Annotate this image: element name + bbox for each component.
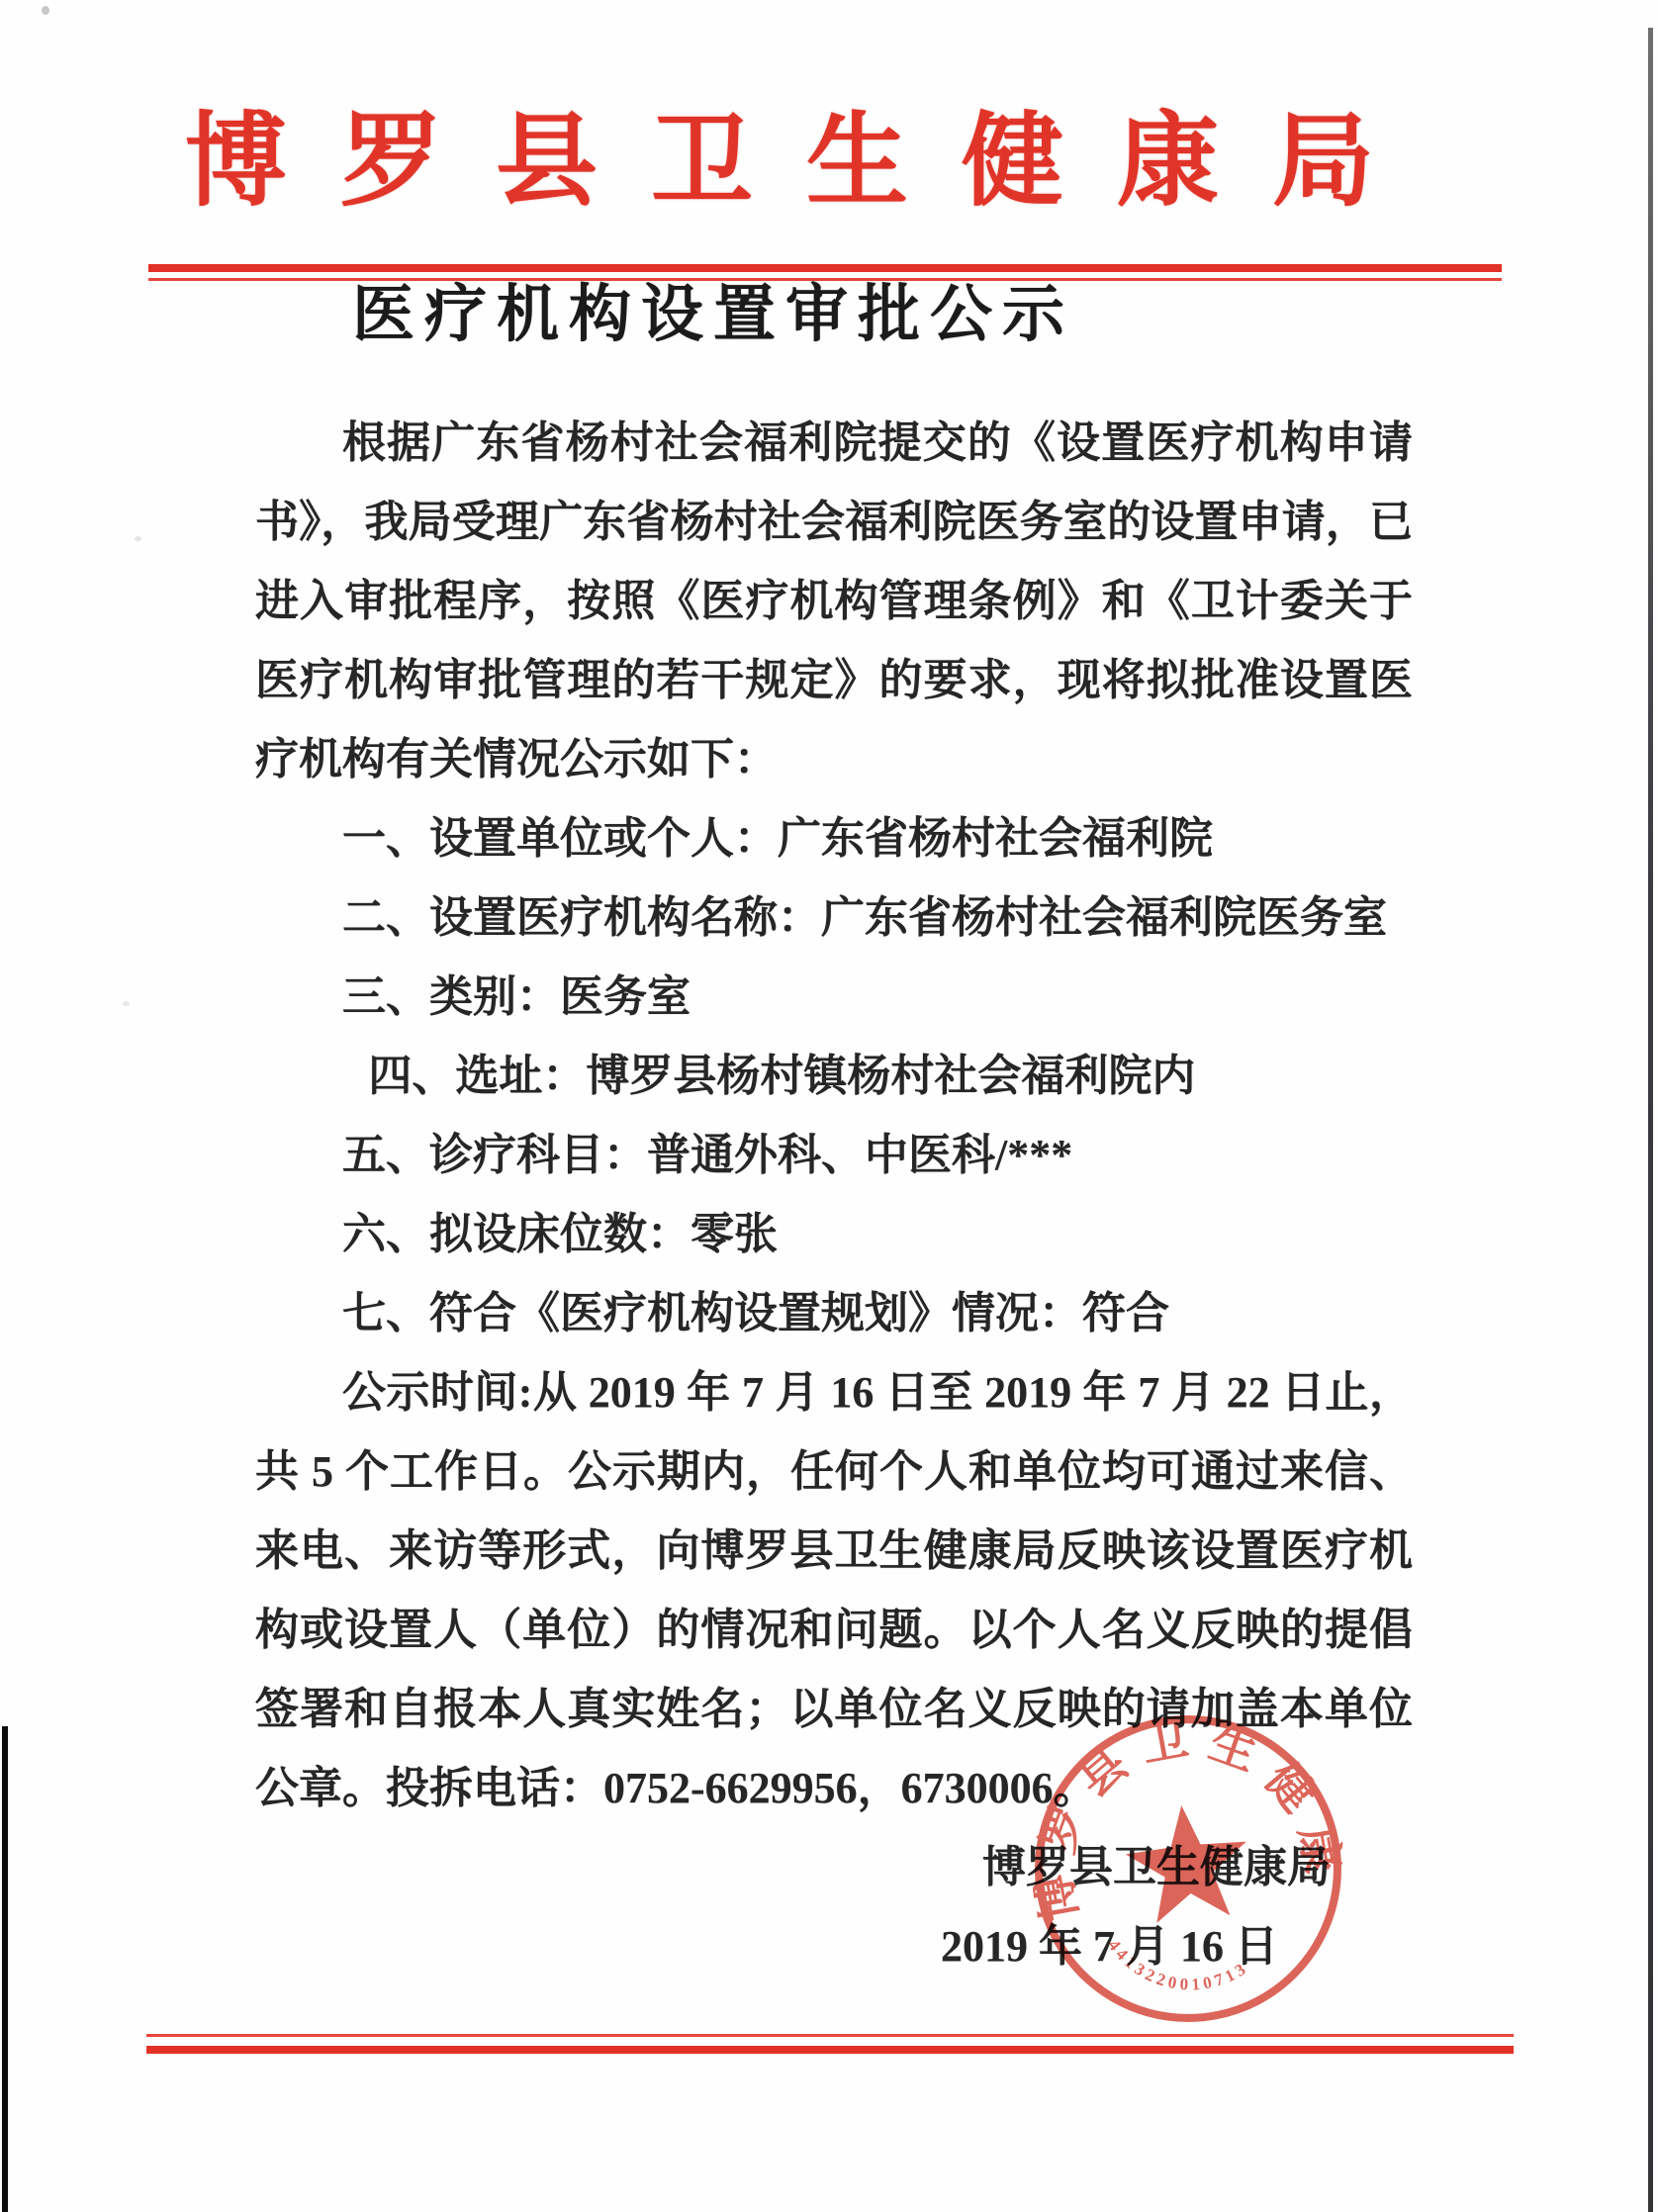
document-body: 根据广东省杨村社会福利院提交的《设置医疗机构申请书》，我局受理广东省杨村社会福利… <box>255 404 1413 1986</box>
list-item-5: 五、诊疗科目：普通外科、中医科/*** <box>255 1116 1413 1195</box>
closing-paragraph: 公示时间:从 2019 年 7 月 16 日至 2019 年 7 月 22 日止… <box>255 1353 1413 1828</box>
document-title: 医疗机构设置审批公示 <box>352 279 1074 350</box>
footer-rule-thick <box>146 2046 1514 2054</box>
letterhead-rule-thick <box>148 264 1502 272</box>
list-item-4: 四、选址：博罗县杨村镇杨村社会福利院内 <box>255 1037 1413 1116</box>
scan-speck <box>123 1001 130 1006</box>
scan-edge-artifact-left <box>2 1726 8 2212</box>
signature-date: 2019 年 7 月 16 日 <box>255 1907 1278 1986</box>
scanned-document-page: 博罗县卫生健康局 医疗机构设置审批公示 根据广东省杨村社会福利院提交的《设置医疗… <box>0 0 1658 2212</box>
list-item-2: 二、设置医疗机构名称：广东省杨村社会福利院医务室 <box>255 878 1413 958</box>
letterhead-agency-name: 博罗县卫生健康局 <box>185 107 1428 219</box>
footer-rule-thin <box>146 2034 1514 2037</box>
scan-speck <box>42 6 49 15</box>
scan-edge-artifact-right <box>1648 28 1653 2212</box>
signature-agency: 博罗县卫生健康局 <box>255 1828 1331 1907</box>
list-item-3: 三、类别：医务室 <box>255 958 1413 1037</box>
list-item-6: 六、拟设床位数：零张 <box>255 1195 1413 1274</box>
list-item-7: 七、符合《医疗机构设置规划》情况：符合 <box>255 1274 1413 1353</box>
scan-speck <box>135 536 141 541</box>
intro-paragraph: 根据广东省杨村社会福利院提交的《设置医疗机构申请书》，我局受理广东省杨村社会福利… <box>255 404 1413 799</box>
list-item-1: 一、设置单位或个人：广东省杨村社会福利院 <box>255 799 1413 878</box>
